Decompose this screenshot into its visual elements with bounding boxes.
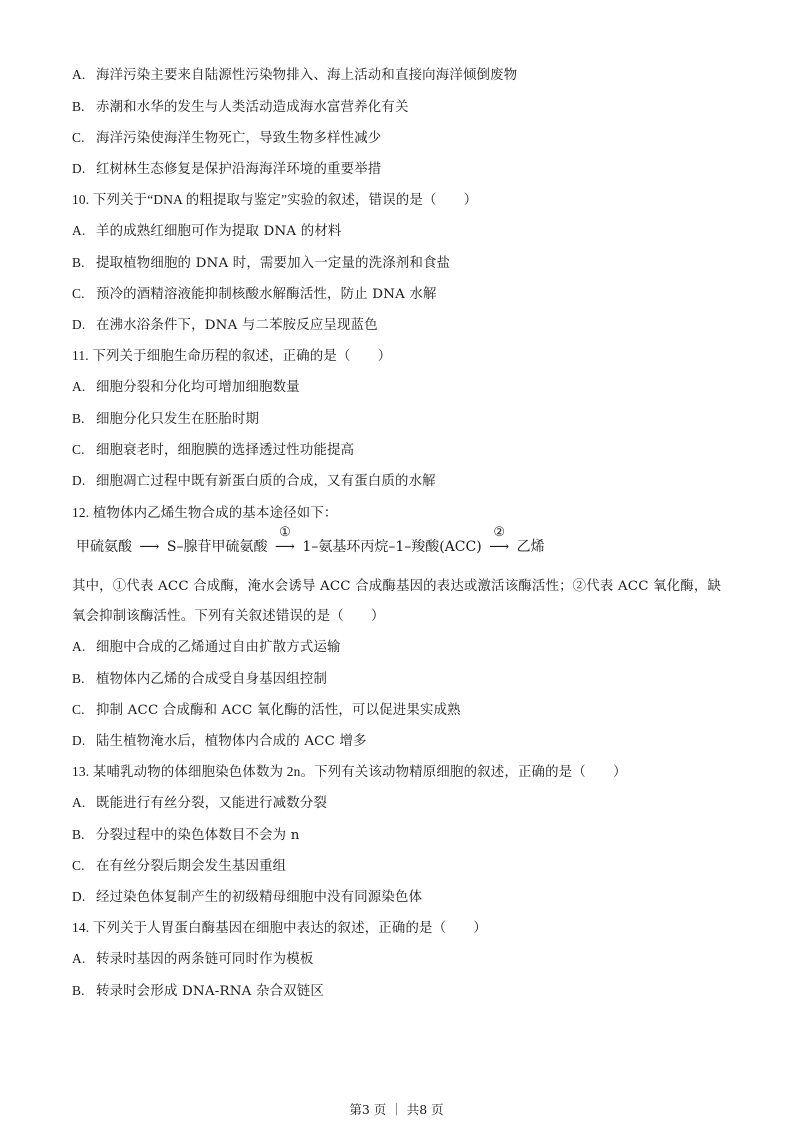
q10-option-b: B.提取植物细胞的 DNA 时，需要加入一定量的洗涤剂和食盐 xyxy=(72,254,450,273)
option-letter: A. xyxy=(72,222,96,240)
pathway-arrow-2: ②⟶ xyxy=(486,537,512,557)
option-text: 预冷的酒精溶液能抑制核酸水解酶活性，防止 DNA 水解 xyxy=(96,287,437,302)
q12-description-line-2: 氧会抑制该酶活性。下列有关叙述错误的是（ ） xyxy=(72,608,385,626)
option-letter: A. xyxy=(72,638,96,656)
option-letter: B. xyxy=(72,670,96,688)
option-letter: D. xyxy=(72,888,96,906)
ethylene-pathway-diagram: 甲硫氨酸 ⟶ S–腺苷甲硫氨酸 ①⟶ 1–氨基环丙烷–1–羧酸(ACC) ②⟶ … xyxy=(76,537,545,557)
option-letter: C. xyxy=(72,701,96,719)
option-letter: C. xyxy=(72,441,96,459)
pathway-arrow: ⟶ xyxy=(136,537,162,557)
option-letter: D. xyxy=(72,160,96,178)
q12-option-a: A.细胞中合成的乙烯通过自由扩散方式运输 xyxy=(72,638,341,657)
option-text: 经过染色体复制产生的初级精母细胞中没有同源染色体 xyxy=(96,890,422,905)
pathway-arrow-1: ①⟶ xyxy=(272,537,298,557)
pathway-acc: 1–氨基环丙烷–1–羧酸(ACC) xyxy=(302,539,481,555)
q11-option-b: B.细胞分化只发生在胚胎时期 xyxy=(72,410,259,429)
option-letter: B. xyxy=(72,410,96,428)
option-text: 分裂过程中的染色体数目不会为 n xyxy=(96,828,300,843)
option-text: 在沸水浴条件下，DNA 与二苯胺反应呈现蓝色 xyxy=(96,318,378,333)
option-text: 在有丝分裂后期会发生基因重组 xyxy=(96,859,286,874)
option-letter: D. xyxy=(72,732,96,750)
q9-option-a: A.海洋污染主要来自陆源性污染物排入、海上活动和直接向海洋倾倒废物 xyxy=(72,66,517,85)
option-text: 细胞中合成的乙烯通过自由扩散方式运输 xyxy=(96,640,341,655)
option-text: 海洋污染使海洋生物死亡，导致生物多样性减少 xyxy=(96,131,381,146)
option-letter: C. xyxy=(72,285,96,303)
q13-option-b: B.分裂过程中的染色体数目不会为 n xyxy=(72,826,300,845)
q13-option-a: A.既能进行有丝分裂，又能进行减数分裂 xyxy=(72,794,327,813)
option-text: 转录时会形成 DNA-RNA 杂合双链区 xyxy=(96,984,324,999)
q14-option-a: A.转录时基因的两条链可同时作为模板 xyxy=(72,950,313,969)
arrow-right-icon: ⟶ xyxy=(139,537,159,557)
option-letter: D. xyxy=(72,316,96,334)
q12-option-b: B.植物体内乙烯的合成受自身基因组控制 xyxy=(72,670,327,689)
q11-option-c: C.细胞衰老时，细胞膜的选择透过性功能提高 xyxy=(72,441,354,460)
q13-stem: 13. 某哺乳动物的体细胞染色体数为 2n。下列有关该动物精原细胞的叙述，正确的… xyxy=(72,763,627,781)
option-letter: A. xyxy=(72,378,96,396)
pathway-ethylene: 乙烯 xyxy=(517,539,545,555)
enzyme-label-2: ② xyxy=(486,523,512,543)
option-text: 细胞衰老时，细胞膜的选择透过性功能提高 xyxy=(96,443,354,458)
option-text: 羊的成熟红细胞可作为提取 DNA 的材料 xyxy=(96,224,342,239)
q12-option-c: C.抑制 ACC 合成酶和 ACC 氧化酶的活性，可以促进果实成熟 xyxy=(72,701,461,720)
option-text: 赤潮和水华的发生与人类活动造成海水富营养化有关 xyxy=(96,100,409,115)
page-footer: 第3 页 ｜ 共8 页 xyxy=(0,1100,793,1118)
q13-option-c: C.在有丝分裂后期会发生基因重组 xyxy=(72,857,286,876)
q14-option-b: B.转录时会形成 DNA-RNA 杂合双链区 xyxy=(72,982,324,1001)
q12-option-d: D.陆生植物淹水后，植物体内合成的 ACC 增多 xyxy=(72,732,367,751)
q9-option-c: C.海洋污染使海洋生物死亡，导致生物多样性减少 xyxy=(72,129,381,148)
q11-option-a: A.细胞分裂和分化均可增加细胞数量 xyxy=(72,378,300,397)
q11-option-d: D.细胞凋亡过程中既有新蛋白质的合成，又有蛋白质的水解 xyxy=(72,472,436,491)
q10-option-a: A.羊的成熟红细胞可作为提取 DNA 的材料 xyxy=(72,222,342,241)
option-letter: C. xyxy=(72,857,96,875)
option-text: 细胞分化只发生在胚胎时期 xyxy=(96,412,259,427)
option-letter: B. xyxy=(72,826,96,844)
option-letter: C. xyxy=(72,129,96,147)
option-letter: A. xyxy=(72,66,96,84)
option-text: 细胞分裂和分化均可增加细胞数量 xyxy=(96,380,300,395)
option-letter: A. xyxy=(72,794,96,812)
option-text: 提取植物细胞的 DNA 时，需要加入一定量的洗涤剂和食盐 xyxy=(96,256,450,271)
option-letter: B. xyxy=(72,98,96,116)
option-letter: B. xyxy=(72,982,96,1000)
option-text: 植物体内乙烯的合成受自身基因组控制 xyxy=(96,672,327,687)
option-text: 细胞凋亡过程中既有新蛋白质的合成，又有蛋白质的水解 xyxy=(96,474,436,489)
q14-stem: 14. 下列关于人胃蛋白酶基因在细胞中表达的叙述，正确的是（ ） xyxy=(72,919,487,937)
option-letter: B. xyxy=(72,254,96,272)
q12-stem: 12. 植物体内乙烯生物合成的基本途径如下： xyxy=(72,504,338,522)
option-letter: A. xyxy=(72,950,96,968)
q9-option-d: D.红树林生态修复是保护沿海海洋环境的重要举措 xyxy=(72,160,381,179)
option-text: 抑制 ACC 合成酶和 ACC 氧化酶的活性，可以促进果实成熟 xyxy=(96,703,461,718)
q11-stem: 11. 下列关于细胞生命历程的叙述，正确的是（ ） xyxy=(72,347,391,365)
q12-description-line-1: 其中，①代表 ACC 合成酶，淹水会诱导 ACC 合成酶基因的表达或激活该酶活性… xyxy=(72,578,721,596)
option-letter: D. xyxy=(72,472,96,490)
q10-option-d: D.在沸水浴条件下，DNA 与二苯胺反应呈现蓝色 xyxy=(72,316,378,335)
q10-stem: 10. 下列关于“DNA 的粗提取与鉴定”实验的叙述，错误的是（ ） xyxy=(72,191,477,209)
option-text: 转录时基因的两条链可同时作为模板 xyxy=(96,952,313,967)
q10-option-c: C.预冷的酒精溶液能抑制核酸水解酶活性，防止 DNA 水解 xyxy=(72,285,437,304)
pathway-methionine: 甲硫氨酸 xyxy=(76,539,132,555)
enzyme-label-1: ① xyxy=(272,523,298,543)
q13-option-d: D.经过染色体复制产生的初级精母细胞中没有同源染色体 xyxy=(72,888,422,907)
option-text: 陆生植物淹水后，植物体内合成的 ACC 增多 xyxy=(96,734,367,749)
option-text: 红树林生态修复是保护沿海海洋环境的重要举措 xyxy=(96,162,381,177)
option-text: 海洋污染主要来自陆源性污染物排入、海上活动和直接向海洋倾倒废物 xyxy=(96,68,517,83)
pathway-sam: S–腺苷甲硫氨酸 xyxy=(167,539,268,555)
q9-option-b: B.赤潮和水华的发生与人类活动造成海水富营养化有关 xyxy=(72,98,409,117)
option-text: 既能进行有丝分裂，又能进行减数分裂 xyxy=(96,796,327,811)
